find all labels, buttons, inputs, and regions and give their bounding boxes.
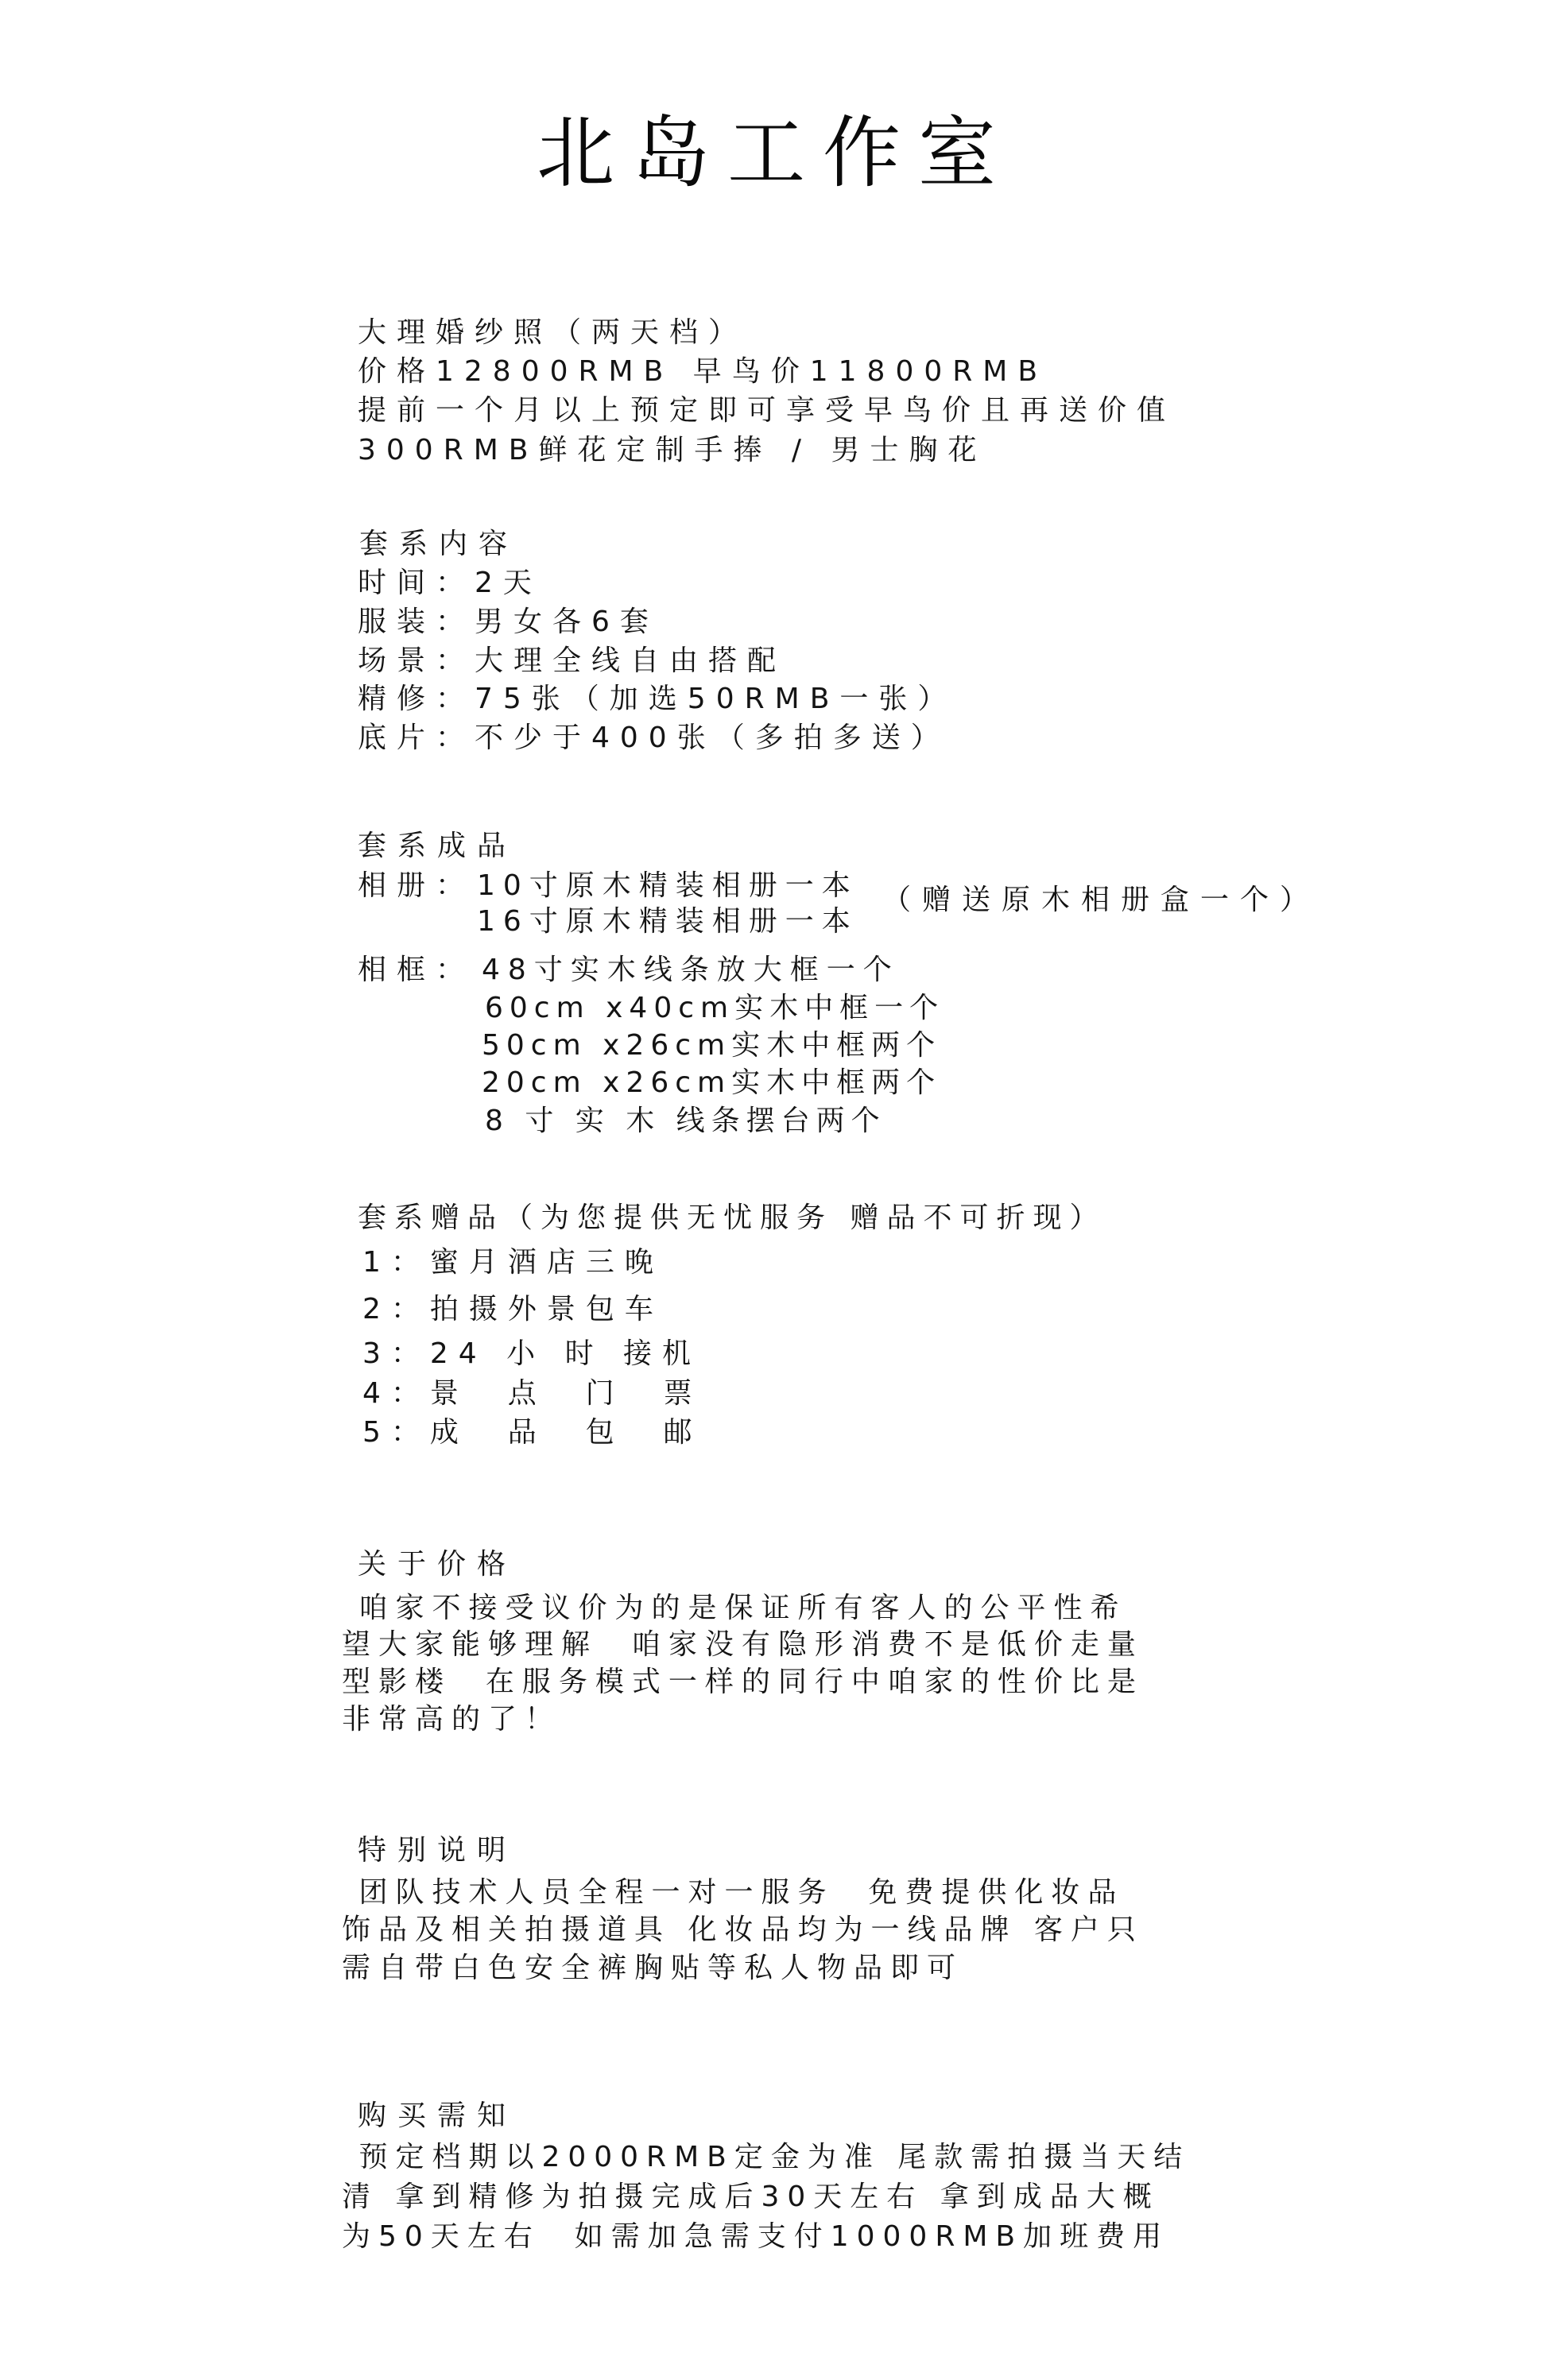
section-heading: 关于价格 [358,1546,517,1583]
gift-item: 2：拍摄外景包车 [362,1291,664,1328]
frame-item: 60cm x40cm实木中框一个 [485,990,944,1027]
gift-item: 5：成 品 包 邮 [362,1414,703,1451]
content-item: 服装：男女各6套 [358,604,659,640]
section-heading: 购买需知 [358,2098,517,2134]
album-label: 相册： [358,868,475,904]
paragraph-line: 预定档期以2000RMB定金为准 尾款需拍摄当天结 [342,2139,1190,2176]
frame-item: 50cm x26cm实木中框两个 [482,1027,941,1064]
frame-label: 相框： [358,952,475,989]
price-line: 价格12800RMB 早鸟价11800RMB [358,354,1048,390]
studio-title: 北岛工作室 [0,94,1550,213]
paragraph-line: 需自带白色安全裤胸贴等私人物品即可 [342,1950,963,1987]
album-item: 16寸原木精装相册一本 [477,904,858,940]
content-item: 精修：75张（加选50RMB一张） [358,681,956,718]
paragraph-line: 清 拿到精修为拍摄完成后30天左右 拿到成品大概 [342,2179,1160,2216]
section-heading: 套系赠品（为您提供无忧服务 赠品不可折现） [358,1200,1106,1236]
content-item: 底片：不少于400张（多拍多送） [358,720,950,757]
content-item: 场景：大理全线自由搭配 [358,643,786,679]
frame-item: 20cm x26cm实木中框两个 [482,1065,941,1101]
gift-item: 3：24 小 时 接机 [362,1336,701,1372]
gift-item: 4：景 点 门 票 [362,1376,703,1412]
frame-item: 8 寸 实 木 线条摆台两个 [485,1103,886,1140]
bonus-line: 300RMB鲜花定制手捧 / 男士胸花 [358,432,987,469]
paragraph-line: 饰品及相关拍摄道具 化妆品均为一线品牌 客户只 [342,1912,1144,1949]
frame-item: 48寸实木线条放大框一个 [482,952,900,989]
gift-item: 1：蜜月酒店三晚 [362,1244,664,1281]
package-name: 大理婚纱照（两天档） [358,315,747,351]
section-heading: 特别说明 [358,1832,517,1869]
paragraph-line: 非常高的了！ [342,1701,561,1738]
paragraph-line: 型影楼 在服务模式一样的同行中咱家的性价比是 [342,1664,1144,1701]
album-item: 10寸原木精装相册一本 [477,868,858,904]
section-heading: 套系内容 [359,526,518,563]
paragraph-line: 望大家能够理解 咱家没有隐形消费不是低价走量 [342,1627,1144,1663]
paragraph-line: 咱家不接受议价为的是保证所有客人的公平性希 [342,1590,1126,1627]
section-heading: 套系成品 [358,828,517,865]
album-gift-note: （赠送原木相册盒一个） [882,882,1319,919]
content-item: 时间：2天 [358,565,542,602]
paragraph-line: 团队技术人员全程一对一服务 免费提供化妆品 [342,1875,1124,1911]
paragraph-line: 为50天左右 如需加急需支付1000RMB加班费用 [342,2219,1169,2255]
early-bird-line: 提前一个月以上预定即可享受早鸟价且再送价值 [358,393,1176,429]
